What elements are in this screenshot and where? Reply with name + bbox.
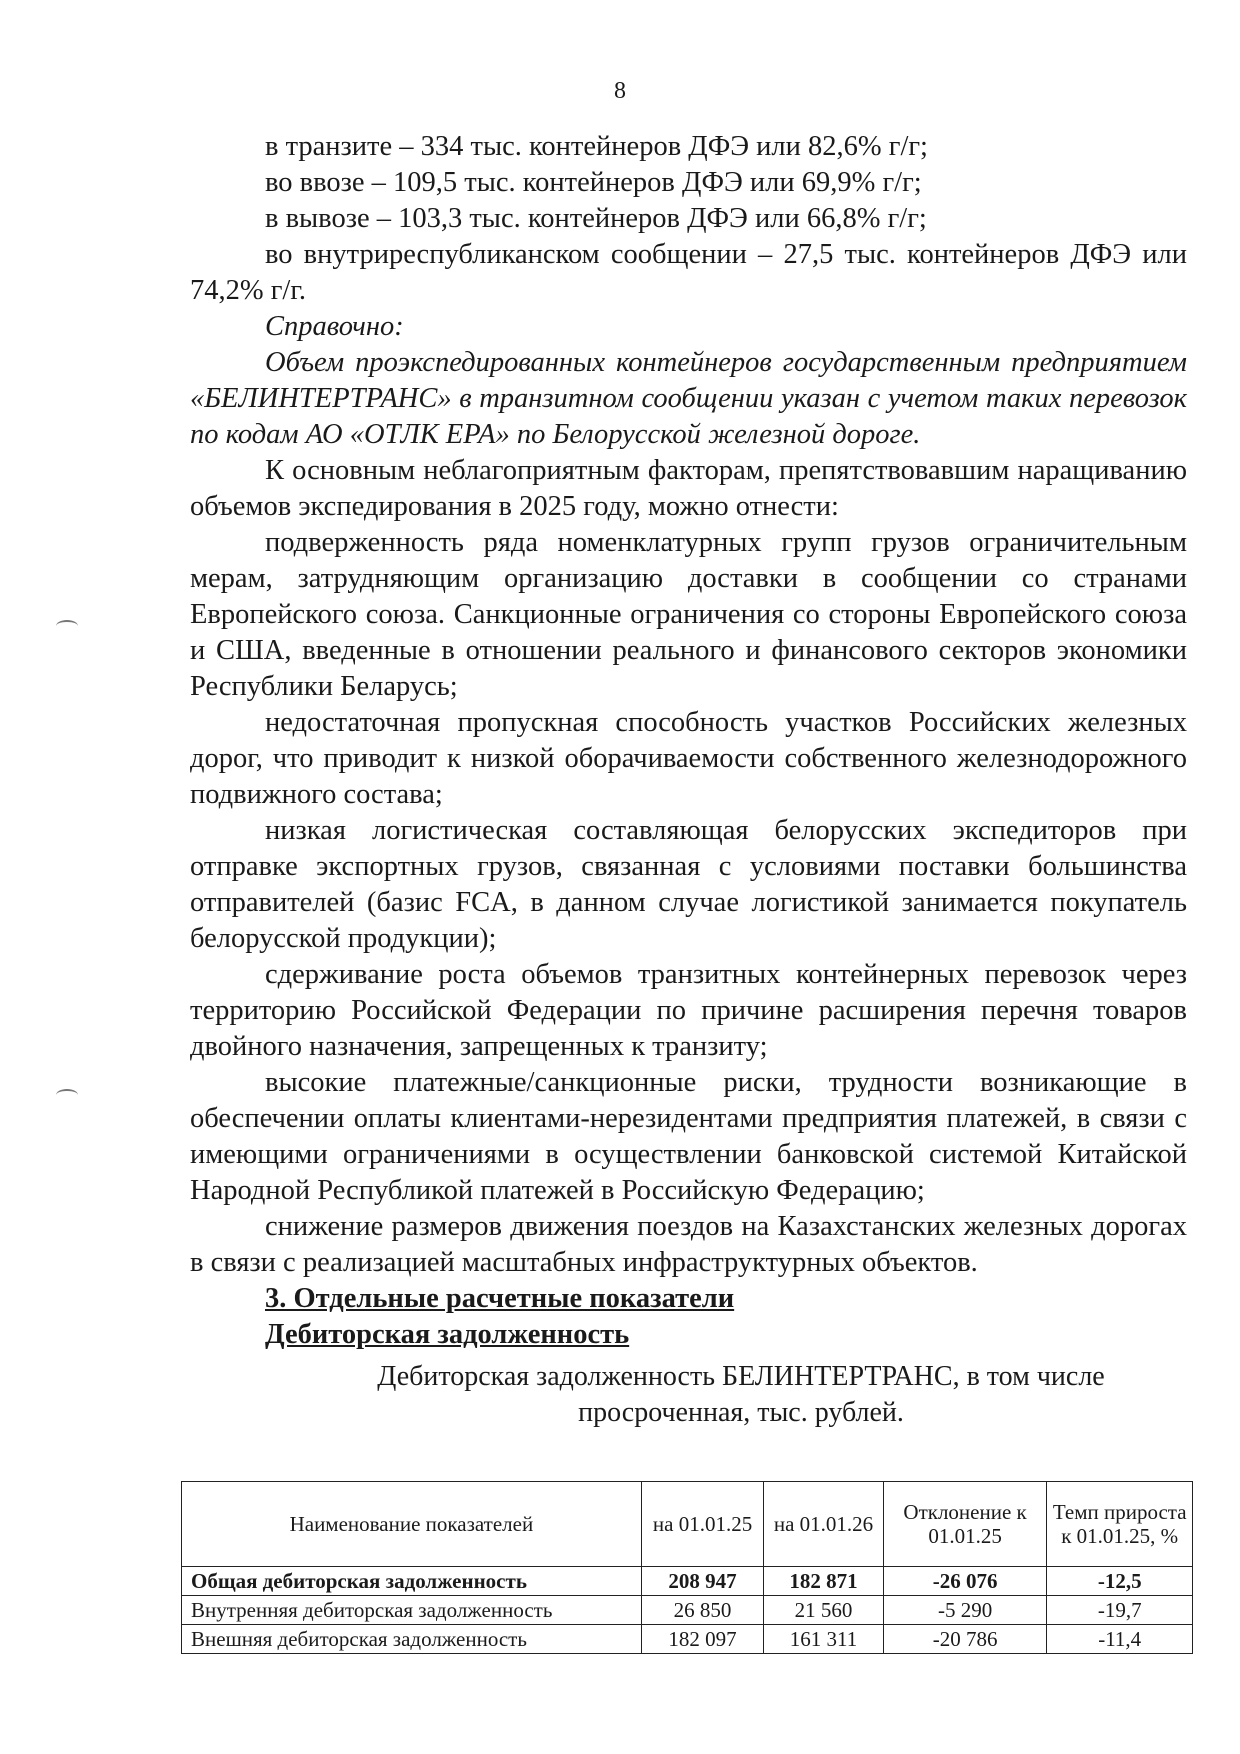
paragraph-import: во ввозе – 109,5 тыс. контейнеров ДФЭ ил… (190, 165, 1187, 201)
header-deviation: Отклонение к 01.01.25 (883, 1482, 1047, 1567)
cell-value: 182 871 (764, 1567, 883, 1596)
cell-value: 208 947 (641, 1567, 763, 1596)
cell-value: -11,4 (1047, 1625, 1193, 1654)
header-indicator-name: Наименование показателей (182, 1482, 642, 1567)
cell-value: -12,5 (1047, 1567, 1193, 1596)
cell-value: 161 311 (764, 1625, 883, 1654)
cell-value: 21 560 (764, 1596, 883, 1625)
reference-label: Справочно: (190, 309, 1187, 345)
cell-value: -5 290 (883, 1596, 1047, 1625)
header-date-2025: на 01.01.25 (641, 1482, 763, 1567)
cell-value: 182 097 (641, 1625, 763, 1654)
table-header-row: Наименование показателей на 01.01.25 на … (182, 1482, 1193, 1567)
section-subheading: Дебиторская задолженность (190, 1317, 1187, 1353)
hole-punch-mark (56, 620, 78, 632)
factor-item: подверженность ряда номенклатурных групп… (190, 525, 1187, 705)
factor-item: низкая логистическая составляющая белору… (190, 813, 1187, 957)
paragraph-transit: в транзите – 334 тыс. контейнеров ДФЭ ил… (190, 129, 1187, 165)
reference-text: Объем проэкспедированных контейнеров гос… (190, 345, 1187, 453)
cell-value: -26 076 (883, 1567, 1047, 1596)
table-row: Внешняя дебиторская задолженность 182 09… (182, 1625, 1193, 1654)
cell-value: -20 786 (883, 1625, 1047, 1654)
table-row: Общая дебиторская задолженность 208 947 … (182, 1567, 1193, 1596)
cell-name: Внешняя дебиторская задолженность (182, 1625, 642, 1654)
paragraph-export: в вывозе – 103,3 тыс. контейнеров ДФЭ ил… (190, 201, 1187, 237)
paragraph-domestic: во внутриреспубликанском сообщении – 27,… (190, 237, 1187, 309)
header-date-2026: на 01.01.26 (764, 1482, 883, 1567)
cell-name: Внутренняя дебиторская задолженность (182, 1596, 642, 1625)
document-body: в транзите – 334 тыс. контейнеров ДФЭ ил… (190, 129, 1187, 1431)
cell-value: -19,7 (1047, 1596, 1193, 1625)
factor-item: сдерживание роста объемов транзитных кон… (190, 957, 1187, 1065)
receivables-table: Наименование показателей на 01.01.25 на … (181, 1481, 1193, 1654)
table-caption: Дебиторская задолженность БЕЛИНТЕРТРАНС,… (190, 1359, 1187, 1431)
section-heading: 3. Отдельные расчетные показатели (190, 1281, 1187, 1317)
cell-value: 26 850 (641, 1596, 763, 1625)
cell-name: Общая дебиторская задолженность (182, 1567, 642, 1596)
table-row: Внутренняя дебиторская задолженность 26 … (182, 1596, 1193, 1625)
hole-punch-mark (56, 1089, 78, 1101)
factor-item: недостаточная пропускная способность уча… (190, 705, 1187, 813)
factor-item: снижение размеров движения поездов на Ка… (190, 1209, 1187, 1281)
factor-item: высокие платежные/санкционные риски, тру… (190, 1065, 1187, 1209)
page-number: 8 (0, 78, 1240, 105)
factors-intro: К основным неблагоприятным факторам, пре… (190, 453, 1187, 525)
header-growth-rate: Темп прироста к 01.01.25, % (1047, 1482, 1193, 1567)
